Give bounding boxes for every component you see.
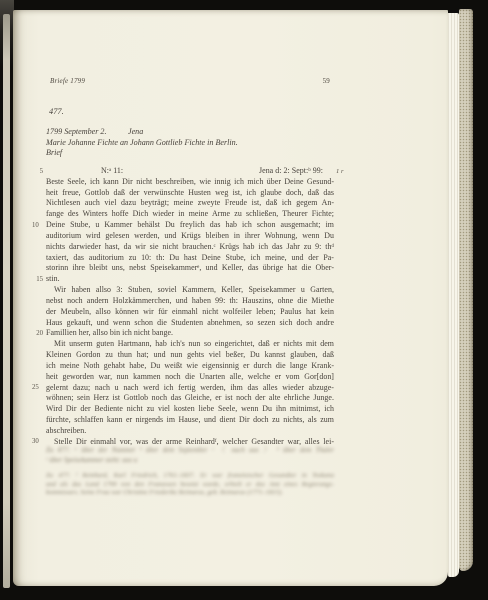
- letter-line: Mit unserm guten Hartmann, hab ich's nun…: [46, 339, 334, 350]
- letter-line: 20Famillien her, allso bin ich nicht ban…: [46, 328, 334, 339]
- letter-date-line: 1799 September 2.Jena: [46, 127, 346, 138]
- letter-line: ich meine Noth gehabt habe, Du weißt wie…: [46, 361, 334, 372]
- footnote-line: und als das Land 1799 von den Franzosen …: [46, 481, 334, 490]
- letter-line: auditorium wird gelesen werden, und Krüg…: [46, 231, 334, 242]
- line-number: 20: [32, 329, 43, 340]
- letter-line: Haus gekauft, und wenn schon die Student…: [46, 318, 334, 329]
- letter-place: Jena: [128, 127, 143, 136]
- line-number: 30: [32, 437, 43, 448]
- letter-body: 5 N:ᵃ 11: Jena d: 2: Sept:ᵇ 99: 1 r Best…: [46, 166, 334, 448]
- line-number: 15: [32, 275, 43, 286]
- book-page: Briefe 1799 59 477. 1799 September 2.Jen…: [13, 10, 448, 586]
- letter-line: nebst noch andern Holzkämmerchen, und ha…: [46, 296, 334, 307]
- letter-kind-label: Brief: [46, 148, 346, 159]
- letter-line: Beste Seele, ich kann Dir nicht beschrei…: [46, 177, 334, 188]
- letter-place-date: Jena d: 2: Sept:ᵇ 99:: [259, 166, 323, 177]
- running-head: Briefe 1799 59: [46, 77, 334, 85]
- letter-line: storinn ihre bleibt uns, nebst Speisekam…: [46, 263, 334, 274]
- page-edge-stack: [448, 13, 459, 577]
- letter-line: der Meubeln, allso können wir für einmah…: [46, 307, 334, 318]
- letter-line: Wird Dir der Bediente nicht zu viel kost…: [46, 404, 334, 415]
- footnote-line: kommissars. Seine Frau war Christine Fri…: [46, 489, 334, 498]
- letter-line: abschreiben.: [46, 426, 334, 437]
- letter-salutation-line: 5 N:ᵃ 11: Jena d: 2: Sept:ᵇ 99: 1 r: [46, 166, 334, 177]
- page-number: 59: [323, 77, 334, 85]
- letter-line: Kleinen Gordon zu thun hat; und nun geht…: [46, 350, 334, 361]
- line-number: 5: [32, 167, 43, 178]
- facing-page-edge: [3, 14, 10, 588]
- footnote-commentary: Zu 477: ᶠ Reinhard, Karl Friedrich, 1761…: [46, 472, 334, 498]
- letter-addressee-line: Marie Johanne Fichte an Johann Gottlieb …: [46, 138, 346, 149]
- letter-line: wöhnen; sein Herz ist Gottlob noch das G…: [46, 393, 334, 404]
- letter-line: heit geworden war, nun kammen noch die U…: [46, 372, 334, 383]
- line-number: 25: [32, 383, 43, 394]
- footnote-apparatus: Zu 477: ᵃ über der Nummer ᵇ über dem Sep…: [46, 446, 334, 465]
- letter-line: Nichtlesen auch viel dazu beyträgt; mein…: [46, 198, 334, 209]
- letter-head-block: 1799 September 2.Jena Marie Johanne Fich…: [46, 127, 346, 159]
- letter-date: 1799 September 2.: [46, 127, 128, 138]
- letter-line: taxiert, das auditorium zu 10: th: Du ha…: [46, 253, 334, 264]
- binding-cloth-edge: [459, 9, 473, 571]
- letter-line: nichts darwieder hast, da wir sie nicht …: [46, 242, 334, 253]
- letter-line: fange des Winters hoffe Dich wieder in m…: [46, 209, 334, 220]
- photo-backdrop: { "page": { "running_head": "Briefe 1799…: [0, 0, 488, 600]
- letter-inner-number: N:ᵃ 11:: [101, 166, 123, 177]
- footnote-line: Zu 477: ᵃ über der Nummer ᵇ über dem Sep…: [46, 446, 334, 456]
- footnote-line: ᵉ über Speisekammer steht: aus u: [46, 456, 334, 466]
- letter-line: heit freue, Gottlob daß der verwünschte …: [46, 188, 334, 199]
- letter-line: Wir haben allso 3: Stuben, soviel Kammer…: [46, 285, 334, 296]
- letter-line: fürchte, schlaffen kann er nirgends im H…: [46, 415, 334, 426]
- footnote-line: Zu 477: ᶠ Reinhard, Karl Friedrich, 1761…: [46, 472, 334, 481]
- letter-line: 10Deine Stube, u Kammer behälst Du freyl…: [46, 220, 334, 231]
- letter-body-lines: Beste Seele, ich kann Dir nicht beschrei…: [46, 177, 334, 448]
- letter-line: 15stin.: [46, 274, 334, 285]
- running-head-title: Briefe 1799: [46, 77, 85, 85]
- folio-marker: 1 r: [336, 167, 362, 178]
- letter-line: 25gelernt dazu; nach u nach werd ich fer…: [46, 383, 334, 394]
- line-number: 10: [32, 221, 43, 232]
- letter-number-heading: 477.: [49, 107, 64, 116]
